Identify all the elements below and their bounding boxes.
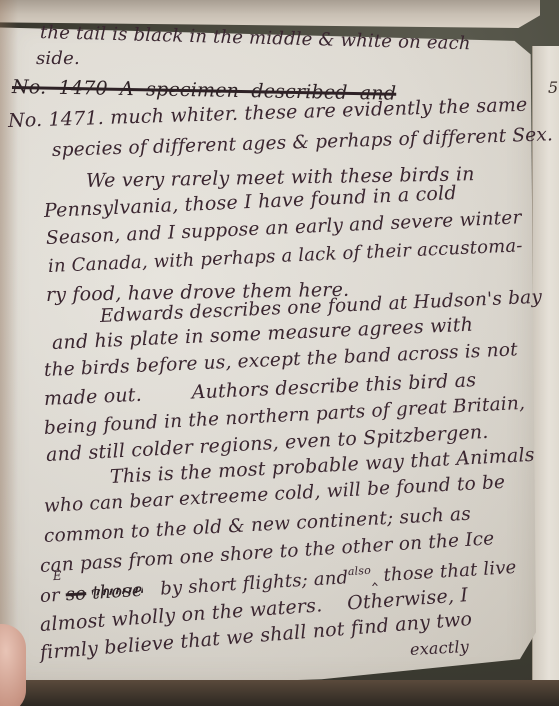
struck-word: so bbox=[65, 583, 87, 605]
caret-mark: ‸ bbox=[371, 565, 379, 586]
text-line: species of different ages & perhaps of d… bbox=[52, 124, 554, 161]
scratched-word: those bbox=[91, 580, 143, 604]
inserted-word: also bbox=[347, 564, 371, 578]
text-line: side. bbox=[36, 48, 80, 69]
catchword: exactly bbox=[410, 637, 470, 659]
specimen-number: No. 1471. bbox=[8, 107, 105, 132]
handwritten-text: the tail is black in the middle & white … bbox=[0, 0, 559, 706]
thumb bbox=[0, 624, 26, 706]
manuscript-photo: 5 the tail is black in the middle & whit… bbox=[0, 0, 559, 706]
marginal-letter: E bbox=[52, 569, 62, 584]
text-line: the tail is black in the middle & white … bbox=[40, 22, 471, 54]
